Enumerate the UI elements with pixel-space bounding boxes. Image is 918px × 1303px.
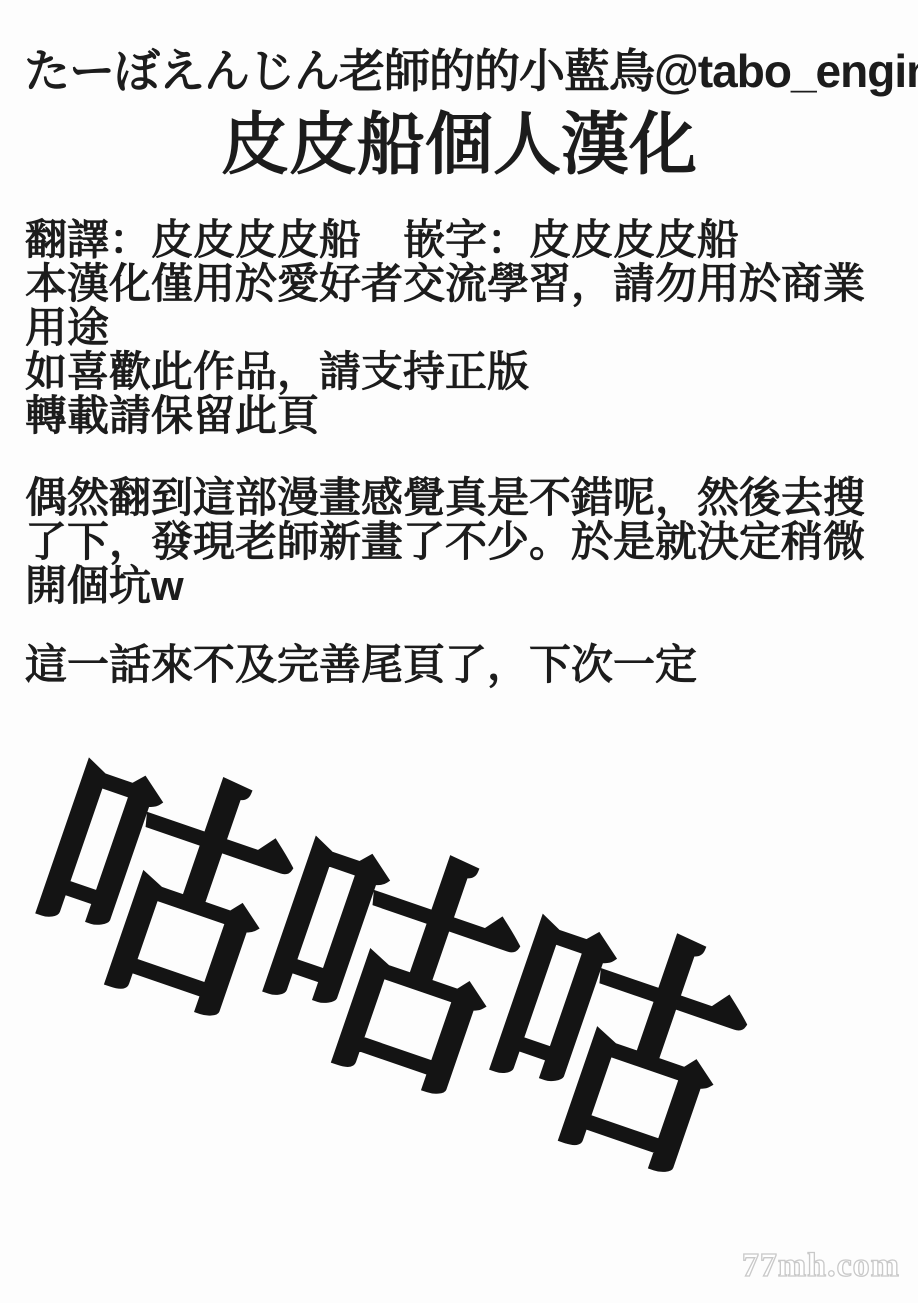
notice-line-keep-page: 轉載請保留此頁 (25, 394, 905, 438)
comment-line-3: 開個坑w (25, 564, 905, 608)
notice-line-noncommercial-1: 本漢化僅用於愛好者交流學習，請勿用於商業 (25, 262, 905, 306)
comment-block: 偶然翻到這部漫畫感覺真是不錯呢，然後去搜 了下，發現老師新畫了不少。於是就決定稍… (25, 476, 905, 608)
closing-line: 這一話來不及完善尾頁了，下次一定 (25, 643, 905, 687)
notice-line-noncommercial-2: 用途 (25, 306, 905, 350)
notice-line-support-official: 如喜歡此作品，請支持正版 (25, 350, 905, 394)
author-twitter-line: たーぼえんじん老師的的小藍鳥@tabo_engine (24, 44, 918, 99)
page-title: 皮皮船個人漢化 (0, 108, 918, 183)
watermark: 77mh.com (742, 1247, 900, 1285)
comment-line-2: 了下，發現老師新畫了不少。於是就決定稍微 (25, 520, 905, 564)
credits-block: 翻譯：皮皮皮皮船 嵌字：皮皮皮皮船 本漢化僅用於愛好者交流學習，請勿用於商業 用… (25, 218, 905, 438)
credit-line-translator: 翻譯：皮皮皮皮船 嵌字：皮皮皮皮船 (25, 218, 905, 262)
scanlation-credits-page: たーぼえんじん老師的的小藍鳥@tabo_engine 皮皮船個人漢化 翻譯：皮皮… (0, 0, 918, 1303)
comment-line-1: 偶然翻到這部漫畫感覺真是不錯呢，然後去搜 (25, 476, 905, 520)
big-gugugu-text: 咕咕咕 (1, 730, 763, 1199)
